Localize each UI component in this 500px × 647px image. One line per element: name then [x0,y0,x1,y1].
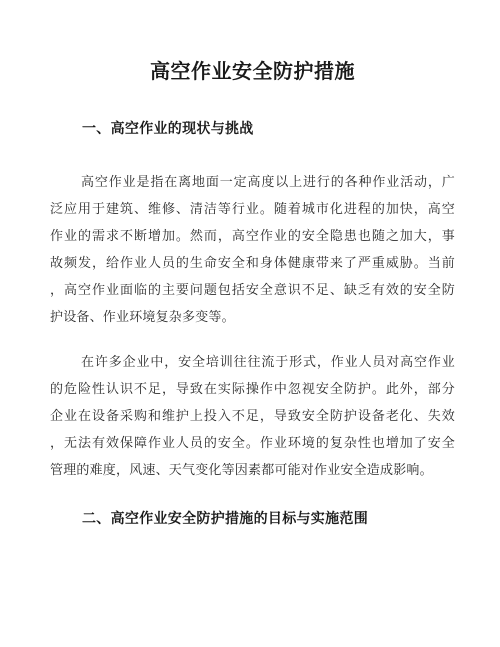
document-title: 高空作业安全防护措施 [50,57,455,87]
text-line: 的危险性认识不足，导致在实际操作中忽视安全防护。此外，部分 [50,375,455,402]
text-line: ，高空作业面临的主要问题包括安全意识不足、缺乏有效的安全防 [50,276,455,303]
text-line: 护设备、作业环境复杂多变等。 [50,303,455,330]
text-line: 故频发，给作业人员的生命安全和身体健康带来了严重威胁。当前 [50,249,455,276]
section-1-heading: 一、高空作业的现状与挑战 [50,117,455,139]
text-line: 高空作业是指在离地面一定高度以上进行的各种作业活动，广 [50,168,455,195]
text-line: 管理的难度，风速、天气变化等因素都可能对作业安全造成影响。 [50,456,455,483]
paragraph-2: 在许多企业中，安全培训往往流于形式，作业人员对高空作业 的危险性认识不足，导致在… [50,348,455,483]
text-line: ，无法有效保障作业人员的安全。作业环境的复杂性也增加了安全 [50,429,455,456]
text-line: 在许多企业中，安全培训往往流于形式，作业人员对高空作业 [50,348,455,375]
text-line: 作业的需求不断增加。然而，高空作业的安全隐患也随之加大，事 [50,222,455,249]
section-2-heading: 二、高空作业安全防护措施的目标与实施范围 [50,507,455,529]
text-line: 企业在设备采购和维护上投入不足，导致安全防护设备老化、失效 [50,402,455,429]
text-line: 泛应用于建筑、维修、清洁等行业。随着城市化进程的加快，高空 [50,195,455,222]
document-page: 高空作业安全防护措施 一、高空作业的现状与挑战 高空作业是指在离地面一定高度以上… [0,0,500,647]
paragraph-1: 高空作业是指在离地面一定高度以上进行的各种作业活动，广 泛应用于建筑、维修、清洁… [50,168,455,330]
